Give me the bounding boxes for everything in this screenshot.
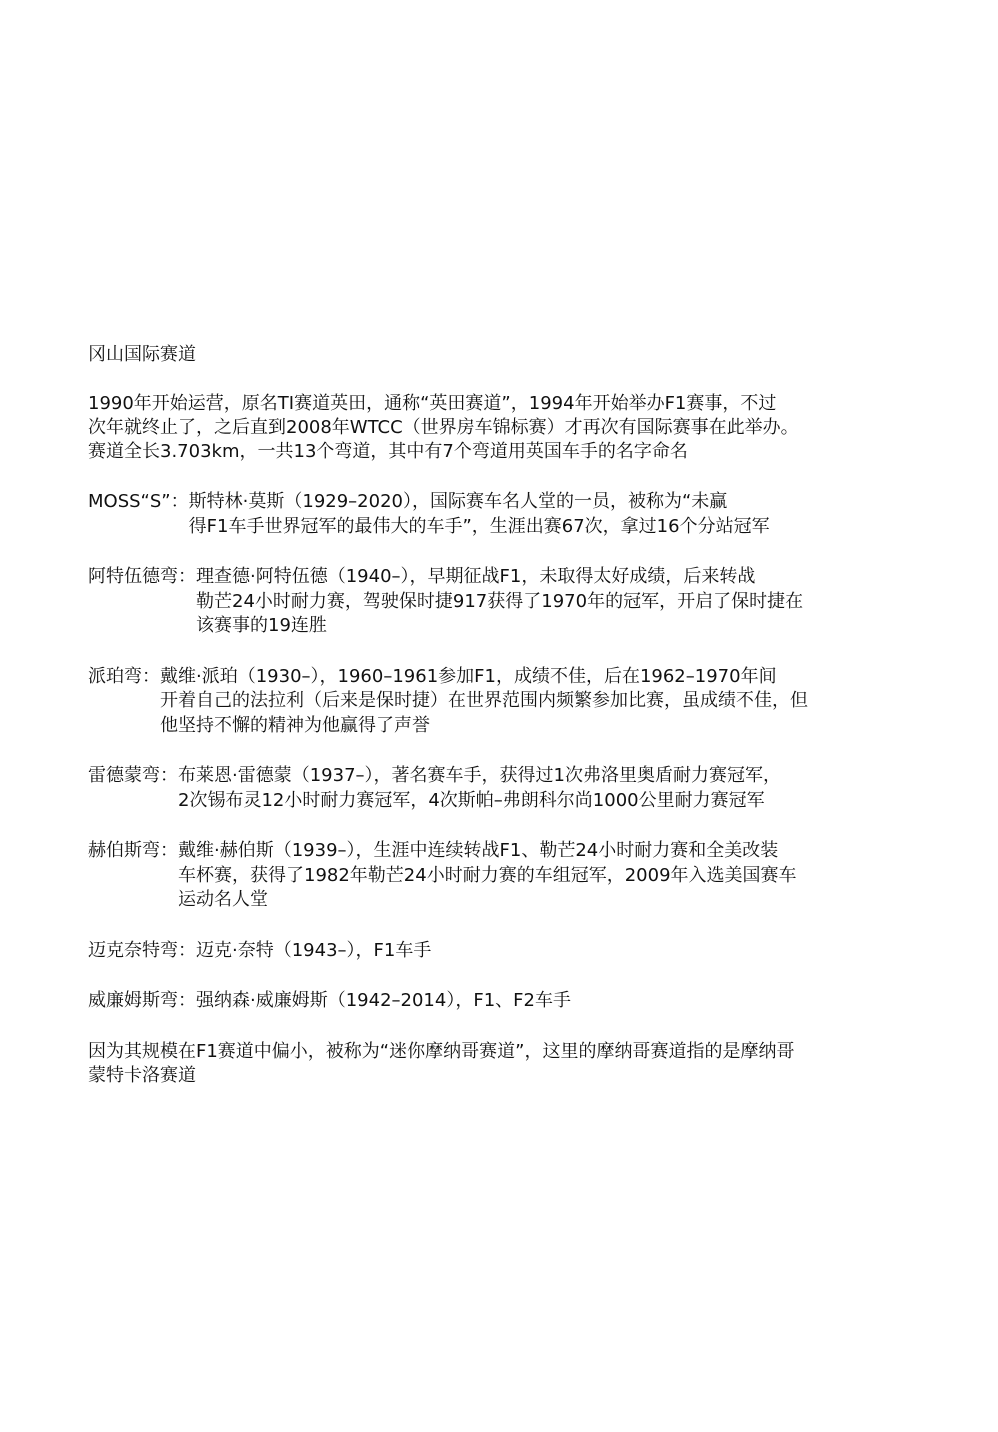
- description-line: 他坚持不懈的精神为他赢得了声誉: [160, 714, 948, 739]
- corner-entry-knight: 迈克奈特弯： 迈克·奈特（1943–），F1车手: [88, 939, 948, 964]
- description-line: 开着自己的法拉利（后来是保时捷）在世界范围内频繁参加比赛，虽成绩不佳，但: [160, 689, 948, 714]
- corner-entry-attwood: 阿特伍德弯： 理查德·阿特伍德（1940–），早期征战F1，未取得太好成绩，后来…: [88, 565, 948, 639]
- corner-name: 赫伯斯弯：: [88, 839, 178, 913]
- corner-description: 戴维·赫伯斯（1939–），生涯中连续转战F1、勒芒24小时耐力赛和全美改装 车…: [178, 839, 948, 913]
- corner-description: 戴维·派珀（1930–），1960–1961参加F1，成绩不佳，后在1962–1…: [160, 665, 948, 739]
- intro-paragraph: 1990年开始运营，原名TI赛道英田，通称“英田赛道”，1994年开始举办F1赛…: [88, 392, 948, 464]
- description-line: 布莱恩·雷德蒙（1937–），著名赛车手，获得过1次弗洛里奥盾耐力赛冠军，: [178, 764, 948, 789]
- corner-description: 迈克·奈特（1943–），F1车手: [196, 939, 948, 964]
- description-line: 强纳森·威廉姆斯（1942–2014），F1、F2车手: [196, 989, 948, 1014]
- closing-line: 蒙特卡洛赛道: [88, 1064, 948, 1088]
- description-line: 斯特林·莫斯（1929–2020），国际赛车名人堂的一员，被称为“未赢: [189, 490, 948, 515]
- description-line: 得F1车手世界冠军的最伟大的车手”，生涯出赛67次，拿过16个分站冠军: [189, 515, 948, 540]
- corner-name: 威廉姆斯弯：: [88, 989, 196, 1014]
- closing-line: 因为其规模在F1赛道中偏小，被称为“迷你摩纳哥赛道”，这里的摩纳哥赛道指的是摩纳…: [88, 1040, 948, 1064]
- document-title: 冈山国际赛道: [88, 343, 948, 367]
- description-line: 戴维·赫伯斯（1939–），生涯中连续转战F1、勒芒24小时耐力赛和全美改装: [178, 839, 948, 864]
- corner-description: 布莱恩·雷德蒙（1937–），著名赛车手，获得过1次弗洛里奥盾耐力赛冠军， 2次…: [178, 764, 948, 813]
- description-line: 车杯赛，获得了1982年勒芒24小时耐力赛的车组冠军，2009年入选美国赛车: [178, 864, 948, 889]
- description-line: 理查德·阿特伍德（1940–），早期征战F1，未取得太好成绩，后来转战: [196, 565, 948, 590]
- corner-name: 阿特伍德弯：: [88, 565, 196, 639]
- description-line: 运动名人堂: [178, 888, 948, 913]
- description-line: 迈克·奈特（1943–），F1车手: [196, 939, 948, 964]
- intro-line: 次年就终止了，之后直到2008年WTCC（世界房车锦标赛）才再次有国际赛事在此举…: [88, 416, 948, 440]
- corner-description: 强纳森·威廉姆斯（1942–2014），F1、F2车手: [196, 989, 948, 1014]
- corner-entry-redman: 雷德蒙弯： 布莱恩·雷德蒙（1937–），著名赛车手，获得过1次弗洛里奥盾耐力赛…: [88, 764, 948, 813]
- corner-name: 迈克奈特弯：: [88, 939, 196, 964]
- description-line: 该赛事的19连胜: [196, 614, 948, 639]
- corner-name: MOSS“S”：: [88, 490, 189, 539]
- corner-name: 雷德蒙弯：: [88, 764, 178, 813]
- closing-paragraph: 因为其规模在F1赛道中偏小，被称为“迷你摩纳哥赛道”，这里的摩纳哥赛道指的是摩纳…: [88, 1040, 948, 1088]
- intro-line: 赛道全长3.703km，一共13个弯道，其中有7个弯道用英国车手的名字命名: [88, 440, 948, 464]
- corner-entry-hobbs: 赫伯斯弯： 戴维·赫伯斯（1939–），生涯中连续转战F1、勒芒24小时耐力赛和…: [88, 839, 948, 913]
- corner-name: 派珀弯：: [88, 665, 160, 739]
- intro-line: 1990年开始运营，原名TI赛道英田，通称“英田赛道”，1994年开始举办F1赛…: [88, 392, 948, 416]
- corner-entry-piper: 派珀弯： 戴维·派珀（1930–），1960–1961参加F1，成绩不佳，后在1…: [88, 665, 948, 739]
- description-line: 2次锡布灵12小时耐力赛冠军，4次斯帕–弗朗科尔尚1000公里耐力赛冠军: [178, 789, 948, 814]
- corner-entry-williams: 威廉姆斯弯： 强纳森·威廉姆斯（1942–2014），F1、F2车手: [88, 989, 948, 1014]
- corner-entry-moss-s: MOSS“S”： 斯特林·莫斯（1929–2020），国际赛车名人堂的一员，被称…: [88, 490, 948, 539]
- document-page: 冈山国际赛道 1990年开始运营，原名TI赛道英田，通称“英田赛道”，1994年…: [88, 343, 948, 1114]
- corner-description: 斯特林·莫斯（1929–2020），国际赛车名人堂的一员，被称为“未赢 得F1车…: [189, 490, 948, 539]
- corner-description: 理查德·阿特伍德（1940–），早期征战F1，未取得太好成绩，后来转战 勒芒24…: [196, 565, 948, 639]
- description-line: 戴维·派珀（1930–），1960–1961参加F1，成绩不佳，后在1962–1…: [160, 665, 948, 690]
- description-line: 勒芒24小时耐力赛，驾驶保时捷917获得了1970年的冠军，开启了保时捷在: [196, 590, 948, 615]
